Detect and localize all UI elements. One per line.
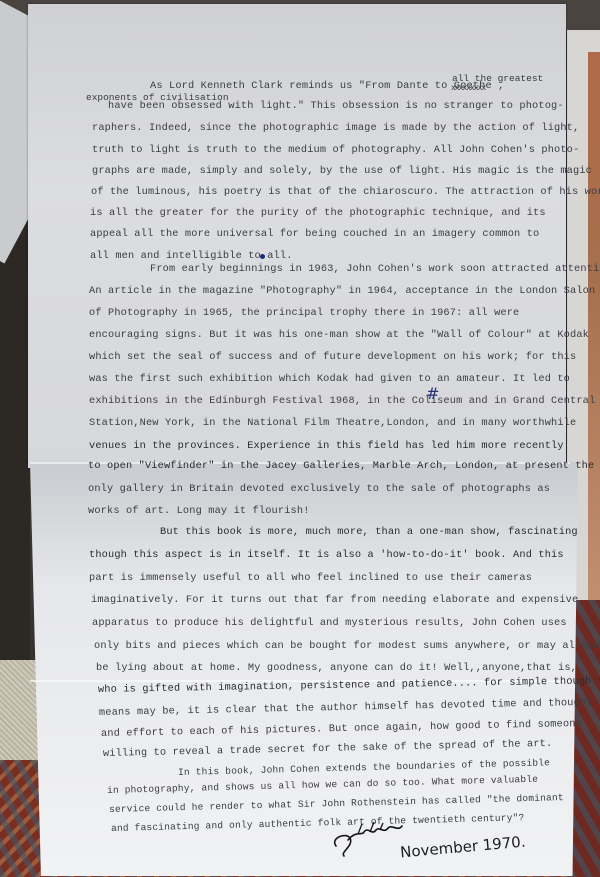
text-line: raphers. Indeed, since the photographic … [92, 122, 579, 134]
text-line: have been obsessed with light." This obs… [108, 100, 564, 112]
text-line: exhibitions in the Edinburgh Festival 19… [89, 395, 595, 407]
text-line: venues in the provinces. Experience in t… [89, 440, 564, 452]
text-line: though this aspect is in itself. It is a… [89, 549, 564, 561]
text-line: part is immensely useful to all who feel… [89, 572, 532, 584]
text-line: apparatus to produce his delightful and … [92, 617, 567, 629]
text-line: graphs are made, simply and solely, by t… [92, 165, 592, 177]
background-shadow [0, 200, 30, 660]
text-line: appeal all the more universal for being … [90, 228, 539, 240]
text-line: is all the greater for the purity of the… [90, 207, 546, 219]
text-line: works of art. Long may it flourish! [88, 505, 310, 517]
ink-dot [260, 254, 265, 259]
text-line: of Photography in 1965, the principal tr… [89, 307, 519, 319]
text-line: only bits and pieces which can be bought… [94, 640, 600, 652]
text-line: But this book is more, much more, than a… [160, 526, 578, 538]
text-line: As Lord Kenneth Clark reminds us "From D… [150, 80, 504, 92]
text-line: encouraging signs. But it was his one-ma… [89, 329, 589, 341]
text-line: which set the seal of success and of fut… [89, 351, 576, 363]
handwritten-correction-mark: # [426, 384, 439, 403]
text-line: of the luminous, his poetry is that of t… [91, 186, 600, 198]
text-line: only gallery in Britain devoted exclusiv… [88, 483, 550, 495]
framed-picture-artwork [588, 52, 600, 612]
text-line: truth to light is truth to the medium of… [92, 144, 579, 156]
text-line: be lying about at home. My goodness, any… [96, 662, 577, 674]
text-line: Station,New York, in the National Film T… [89, 417, 576, 429]
text-line: imaginatively. For it turns out that far… [91, 594, 578, 606]
text-line: was the first such exhibition which Koda… [89, 373, 570, 385]
signature-icon [328, 818, 408, 858]
text-line: From early beginnings in 1963, John Cohe… [150, 263, 600, 275]
text-line: to open "Viewfinder" in the Jacey Galler… [88, 460, 594, 472]
text-line: An article in the magazine "Photography"… [89, 285, 595, 297]
